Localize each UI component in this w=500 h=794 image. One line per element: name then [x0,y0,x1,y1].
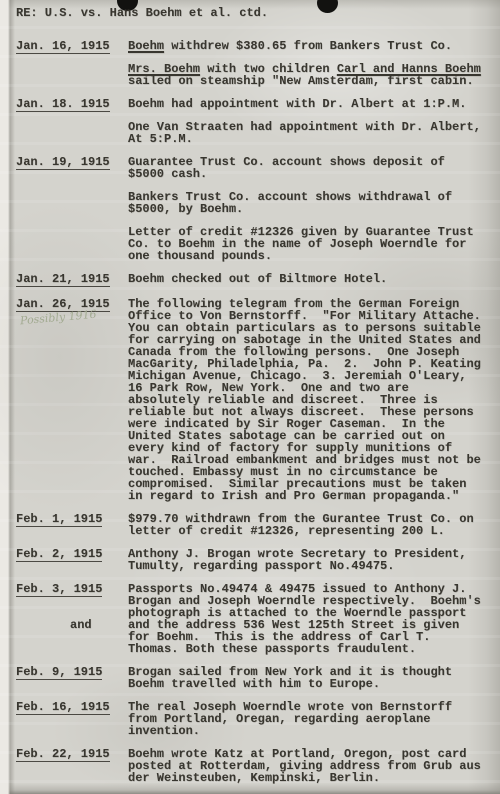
entry-text-column: The following telegram from the German F… [128,298,482,502]
entry-date: Jan. 21, 1915 [16,273,110,287]
ledger-entry: Feb. 9, 1915Brogan sailed from New York … [16,666,484,690]
ledger-entry: Jan. 18. 1915Boehm had appointment with … [16,98,484,145]
entry-text-column: Boehm had appointment with Dr. Albert at… [128,98,482,145]
typewritten-document: RE: U.S. vs. Hans Boehm et al. ctd. Jan.… [16,7,484,794]
entry-date-column: Feb. 16, 1915 [16,701,128,715]
text-segment: Boehm [128,39,164,53]
ledger-entry: Feb. 16, 1915The real Joseph Woerndle wr… [16,701,484,737]
entry-text-column: Anthony J. Brogan wrote Secretary to Pre… [128,548,482,572]
text-segment: One Van Straaten had appointment with Dr… [128,120,488,146]
entry-paragraph: Boehm withdrew $380.65 from Bankers Trus… [128,40,482,52]
text-segment: Guarantee Trust Co. account shows deposi… [128,155,452,181]
entry-date: Feb. 22, 1915 [16,748,110,762]
entry-paragraph: Boehm wrote Katz at Portland, Oregon, po… [128,748,482,784]
entry-paragraph: $979.70 withdrawn from the Gurantee Trus… [128,513,482,537]
ledger-entry: Feb. 2, 1915Anthony J. Brogan wrote Secr… [16,548,484,572]
entries: Jan. 16, 1915Boehm withdrew $380.65 from… [16,40,484,784]
entry-date-column: Feb. 1, 1915 [16,513,128,527]
entry-paragraph: Bankers Trust Co. account shows withdraw… [128,191,482,215]
entry-paragraph: Passports No.49474 & 49475 issued to Ant… [128,583,482,655]
entry-paragraph: The real Joseph Woerndle wrote von Berns… [128,701,482,737]
entry-paragraph: Brogan sailed from New York and it is th… [128,666,482,690]
text-segment: The following telegram from the German F… [128,297,488,503]
text-segment: Bankers Trust Co. account shows withdraw… [128,190,459,216]
text-segment: Passports No.49474 & 49475 issued to Ant… [128,582,488,656]
entry-date: Feb. 16, 1915 [16,701,110,715]
text-segment: withdrew $380.65 from Bankers Trust Co. [164,39,452,53]
text-segment: Boehm wrote Katz at Portland, Oregon, po… [128,747,488,785]
entry-paragraph: Boehm checked out of Biltmore Hotel. [128,273,482,285]
entry-text-column: Boehm withdrew $380.65 from Bankers Trus… [128,40,482,87]
entry-date-column: Jan. 26, 1915Possibly 1916 [16,298,128,312]
text-segment: The real Joseph Woerndle wrote von Berns… [128,700,459,738]
entry-date-column: Feb. 2, 1915 [16,548,128,562]
ledger-entry: Jan. 21, 1915Boehm checked out of Biltmo… [16,273,484,287]
text-segment: Boehm checked out of Biltmore Hotel. [128,272,387,286]
entry-date-column: Jan. 16, 1915 [16,40,128,54]
document-title: RE: U.S. vs. Hans Boehm et al. ctd. [16,7,484,19]
entry-date-column: Jan. 18. 1915 [16,98,128,112]
entry-date-column: Feb. 9, 1915 [16,666,128,680]
entry-paragraph: Letter of credit #12326 given by Guarant… [128,226,482,262]
text-segment: Anthony J. Brogan wrote Secretary to Pre… [128,547,474,573]
text-segment: Boehm had appointment with Dr. Albert at… [128,97,466,111]
entry-date: Feb. 3, 1915 [16,583,102,597]
entry-date-column: Feb. 22, 1915 [16,748,128,762]
entry-text-column: Guarantee Trust Co. account shows deposi… [128,156,482,262]
entry-text-column: The real Joseph Woerndle wrote von Berns… [128,701,482,737]
entry-paragraph: Guarantee Trust Co. account shows deposi… [128,156,482,180]
ledger-entry: Feb. 22, 1915Boehm wrote Katz at Portlan… [16,748,484,784]
entry-paragraph: Mrs. Boehm with two children Carl and Ha… [128,63,482,87]
entry-text-column: Passports No.49474 & 49475 issued to Ant… [128,583,482,655]
entry-paragraph: One Van Straaten had appointment with Dr… [128,121,482,145]
text-segment: $979.70 withdrawn from the Gurantee Trus… [128,512,481,538]
entry-date-column: Jan. 19, 1915 [16,156,128,170]
entry-date: Feb. 2, 1915 [16,548,102,562]
text-segment: Letter of credit #12326 given by Guarant… [128,225,481,263]
entry-date-column: Feb. 3, 1915and [16,583,128,597]
margin-note: and [70,619,92,631]
ledger-entry: Jan. 16, 1915Boehm withdrew $380.65 from… [16,40,484,87]
ledger-entry: Jan. 26, 1915Possibly 1916The following … [16,298,484,502]
entry-text-column: Boehm checked out of Biltmore Hotel. [128,273,482,285]
ledger-entry: Jan. 19, 1915Guarantee Trust Co. account… [16,156,484,262]
entry-text-column: Brogan sailed from New York and it is th… [128,666,482,690]
entry-paragraph: Boehm had appointment with Dr. Albert at… [128,98,482,110]
entry-date: Jan. 16, 1915 [16,40,110,54]
entry-paragraph: Anthony J. Brogan wrote Secretary to Pre… [128,548,482,572]
entry-text-column: $979.70 withdrawn from the Gurantee Trus… [128,513,482,537]
entry-date: Jan. 18. 1915 [16,98,110,112]
entry-paragraph: The following telegram from the German F… [128,298,482,502]
entry-date: Jan. 19, 1915 [16,156,110,170]
ledger-entry: Feb. 1, 1915$979.70 withdrawn from the G… [16,513,484,537]
entry-date: Feb. 9, 1915 [16,666,102,680]
entry-date: Feb. 1, 1915 [16,513,102,527]
entry-text-column: Boehm wrote Katz at Portland, Oregon, po… [128,748,482,784]
text-segment: Brogan sailed from New York and it is th… [128,665,459,691]
document-page: RE: U.S. vs. Hans Boehm et al. ctd. Jan.… [0,0,500,794]
entry-date-column: Jan. 21, 1915 [16,273,128,287]
ledger-entry: Feb. 3, 1915andPassports No.49474 & 4947… [16,583,484,655]
